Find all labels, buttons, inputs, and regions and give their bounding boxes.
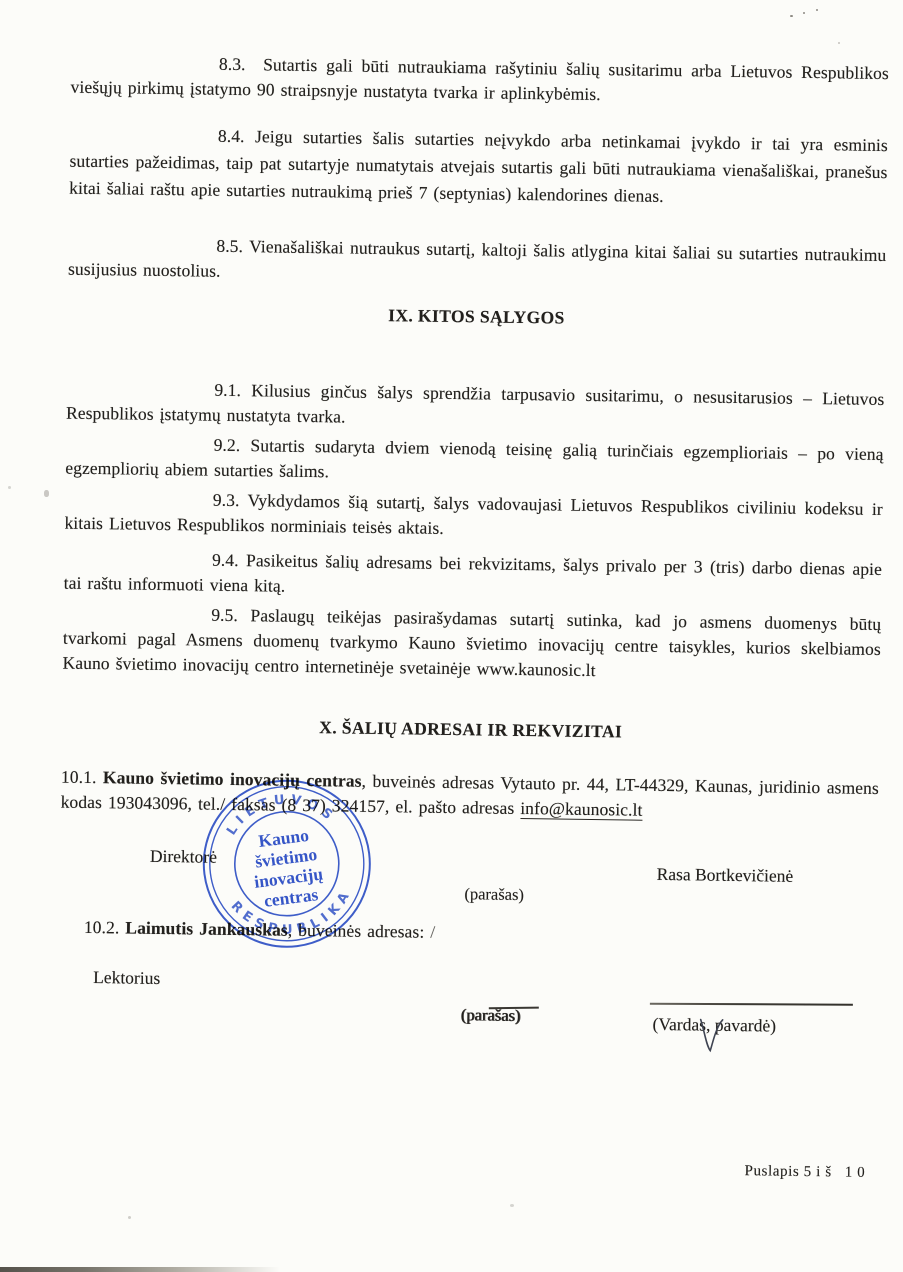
scanned-contract-page: 8.3. Sutartis gali būti nutraukiama rašy… <box>0 0 903 1272</box>
paragraph-8-5: 8.5. Vienašališkai nutraukus sutartį, ka… <box>68 232 887 293</box>
paragraph-8-3: 8.3. Sutartis gali būti nutraukiama rašy… <box>70 50 889 111</box>
clause-number: 10.2. <box>84 917 126 938</box>
clause-number: 10.1. <box>61 767 103 788</box>
official-round-stamp: LIETUVOS RESPUBLIKA Kauno švietimo inova… <box>200 777 374 951</box>
signer-role-lecturer: Lektorius <box>93 967 160 989</box>
scan-smudge <box>8 486 11 489</box>
paragraph-9-5: 9.5. Paslaugų teikėjas pasirašydamas sut… <box>62 601 881 687</box>
paragraph-9-1: 9.1. Kilusius ginčus šalys sprendžia tar… <box>66 376 885 437</box>
paragraph-9-4: 9.4. Pasikeitus šalių adresams bei rekvi… <box>64 546 883 607</box>
paragraph-9-2: 9.2. Sutartis sudaryta dviem vienodą tei… <box>65 431 884 492</box>
section-heading-x: X. ŠALIŲ ADRESAI IR REKVIZITAI <box>62 714 880 746</box>
email-address: info@kaunosic.lt <box>520 798 643 821</box>
paragraph-8-4: 8.4. Jeigu sutarties šalis sutarties neį… <box>69 121 888 213</box>
ghost-overline-artifact <box>489 1007 539 1009</box>
paragraph-10-1: 10.1. Kauno švietimo inovacijų centras, … <box>60 765 879 826</box>
paragraph-10-2: 10.2. Laimutis Jankauskas, buveinės adre… <box>59 915 877 951</box>
scanner-edge-artifact <box>0 1267 280 1272</box>
signature-line <box>650 1003 853 1006</box>
scan-speck <box>816 9 818 11</box>
signer-name-director: Rasa Bortkevičienė <box>657 864 794 887</box>
scan-speck <box>128 1216 131 1219</box>
scan-speck <box>790 15 793 17</box>
page-number-footer: Puslapis 5 i š 1 0 <box>744 1163 865 1182</box>
scan-speck <box>838 42 840 44</box>
scan-speck <box>803 12 805 14</box>
pen-checkmark-squiggle <box>696 1016 727 1056</box>
signature-placeholder-1: (parašas) <box>464 884 524 905</box>
cutoff-text-fragment: / <box>430 922 435 942</box>
scan-smudge <box>44 490 49 497</box>
printed-content: 8.3. Sutartis gali būti nutraukiama rašy… <box>0 0 903 1272</box>
section-heading-ix: IX. KITOS SĄLYGOS <box>67 301 885 333</box>
scan-speck <box>510 1204 514 1207</box>
paragraph-9-3: 9.3. Vykdydamos šią sutartį, šalys vadov… <box>64 486 883 547</box>
